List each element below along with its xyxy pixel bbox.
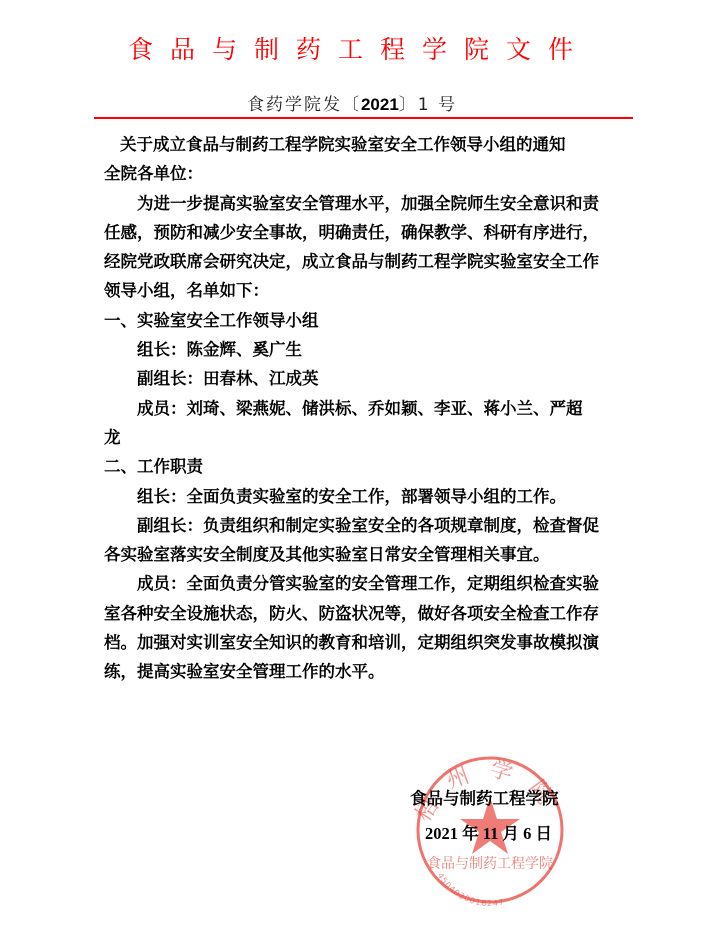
- section2-heading: 二、工作职责: [104, 452, 604, 481]
- intro-line: 任感，预防和减少安全事故，明确责任，确保教学、科研有序进行，: [104, 218, 604, 247]
- intro-line: 领导小组，名单如下：: [104, 276, 604, 305]
- document-header-title: 食品与制药工程学院文件: [0, 30, 704, 66]
- notice-subject: 关于成立食品与制药工程学院实验室安全工作领导小组的通知: [104, 130, 604, 159]
- header-divider: [94, 117, 633, 119]
- section1-leader: 组长：陈金辉、奚广生: [104, 335, 604, 364]
- intro-line: 经院党政联席会研究决定，成立食品与制药工程学院实验室安全工作: [104, 247, 604, 276]
- signature-org: 食品与制药工程学院: [410, 785, 559, 809]
- section2-member-duty: 成员：全面负责分管实验室的安全管理工作，定期组织检查实验 室各种安全设施状态，防…: [104, 569, 604, 686]
- member-duty-line: 档。加强对实训室安全知识的教育和培训，定期组织突发事故模拟演: [104, 628, 604, 657]
- doc-number-prefix: 食药学院发〔: [247, 95, 361, 115]
- seal-serial: 4504030018247: [436, 871, 506, 908]
- document-number: 食药学院发〔2021〕1 号: [0, 90, 704, 115]
- document-body: 关于成立食品与制药工程学院实验室安全工作领导小组的通知 全院各单位： 为进一步提…: [104, 130, 604, 687]
- seal-bottom-text: 食品与制药工程学院: [427, 856, 553, 872]
- section2-leader-duty: 组长：全面负责实验室的安全工作，部署领导小组的工作。: [104, 482, 604, 511]
- doc-number-suffix: 〕1 号: [399, 95, 457, 115]
- salutation: 全院各单位：: [104, 159, 604, 188]
- section2-deputy-duty-cont: 各实验室落实安全制度及其他实验室日常安全管理相关事宜。: [104, 540, 604, 569]
- section2-deputy-duty: 副组长：负责组织和制定实验室安全的各项规章制度，检查督促: [104, 511, 604, 540]
- intro-line: 为进一步提高实验室安全管理水平，加强全院师生安全意识和责: [104, 189, 604, 218]
- doc-number-year: 2021: [361, 95, 399, 114]
- intro-paragraph: 为进一步提高实验室安全管理水平，加强全院师生安全意识和责 任感，预防和减少安全事…: [104, 189, 604, 306]
- section1-deputy: 副组长：田春林、江成英: [104, 364, 604, 393]
- svg-text:4504030018247: 4504030018247: [436, 871, 506, 908]
- member-duty-line: 成员：全面负责分管实验室的安全管理工作，定期组织检查实验: [104, 569, 604, 598]
- member-duty-line: 练，提高实验室安全管理工作的水平。: [104, 657, 604, 686]
- section1-members-cont: 龙: [104, 423, 604, 452]
- signature-date: 2021 年 11 月 6 日: [425, 820, 552, 844]
- member-duty-line: 室各种安全设施状态，防火、防盗状况等，做好各项安全检查工作存: [104, 599, 604, 628]
- section1-heading: 一、实验室安全工作领导小组: [104, 306, 604, 335]
- section1-members: 成员：刘琦、梁燕妮、储洪标、乔如颖、李亚、蒋小兰、严超: [104, 394, 604, 423]
